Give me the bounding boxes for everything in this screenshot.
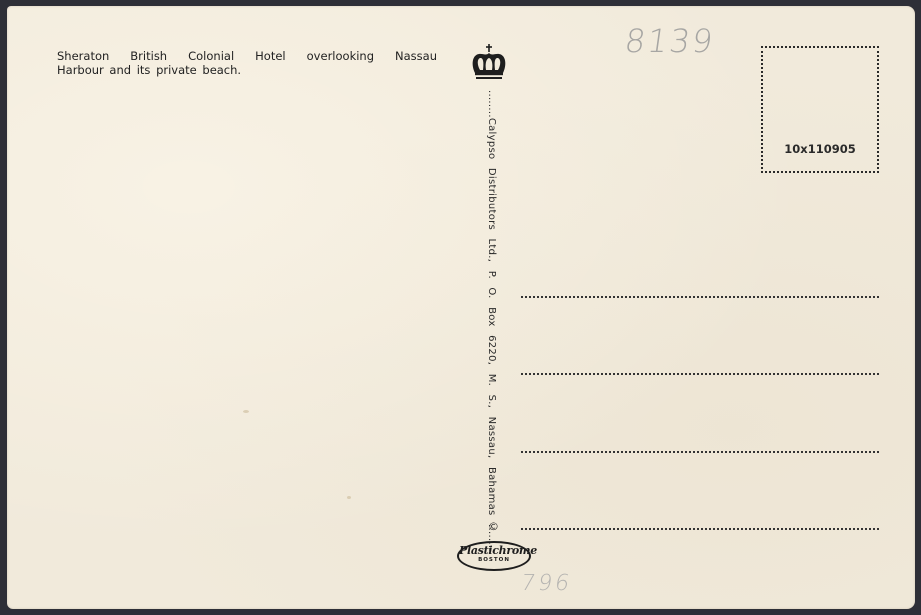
address-line-3 — [521, 451, 879, 453]
copyright-icon: © — [488, 520, 499, 533]
logo-city: BOSTON — [459, 557, 529, 564]
caption-line-1: Sheraton British Colonial Hotel overlook… — [57, 49, 437, 63]
caption-line-2: Harbour and its private beach. — [57, 63, 437, 77]
stamp-box: 10x110905 — [761, 46, 879, 173]
logo-brand: Plastichrome — [459, 545, 529, 557]
address-line-2 — [521, 373, 879, 375]
paper-speck — [243, 410, 249, 413]
publisher-credit-text: ........Calypso Distributors Ltd., P. O.… — [485, 90, 497, 520]
plastichrome-logo: Plastichrome BOSTON — [457, 541, 531, 571]
handwritten-number-top: 8139 — [622, 22, 717, 60]
handwritten-number-bottom: 796 — [519, 571, 574, 596]
paper-speck — [347, 496, 351, 499]
postcard-caption: Sheraton British Colonial Hotel overlook… — [57, 49, 437, 77]
postcard-back: Sheraton British Colonial Hotel overlook… — [7, 6, 915, 609]
address-line-1 — [521, 296, 879, 298]
address-line-4 — [521, 528, 879, 530]
stamp-box-code: 10x110905 — [763, 142, 877, 156]
publisher-credit: ........Calypso Distributors Ltd., P. O.… — [485, 90, 497, 520]
crown-icon — [470, 43, 508, 83]
